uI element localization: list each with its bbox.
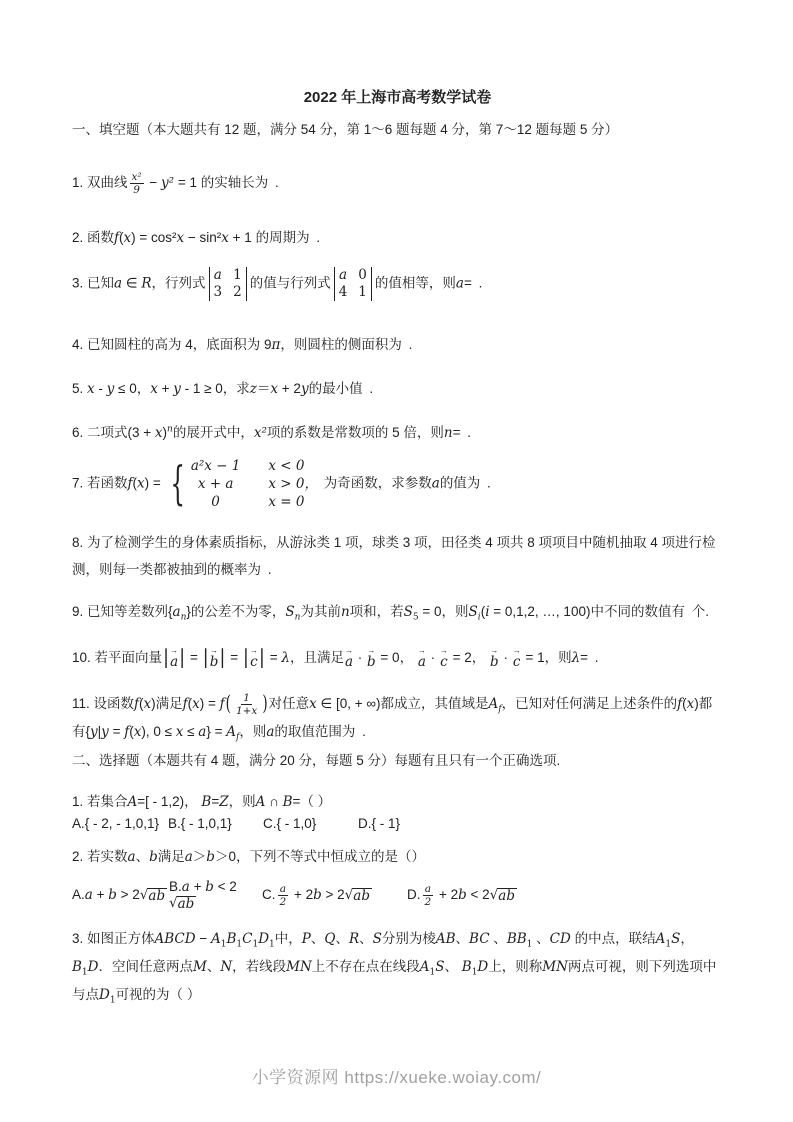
choice-1-option-a: A.{ - 2, - 1,0,1} [72,816,168,831]
section2-header: 二、选择题（本题共有 4 题，满分 20 分，每题 5 分）每题有且只有一个正确… [72,748,723,774]
fill-question-4: 4. 已知圆柱的高为 4，底面积为 9π，则圆柱的侧面积为 . [72,331,723,359]
fill-question-10: 10. 若平面向量|→a| = |→b| = |→c| = λ，且满足→a · … [72,644,723,672]
choice-2-option-c: C.a2 + 2b > 2√ab [262,883,407,908]
choice-2-option-a: A.a + b > 2√ab [72,887,169,905]
choice-question-3: 3. 如图正方体ABCD − A1B1C1D1中，P、Q、R、S分别为棱AB、B… [72,925,723,1009]
fill-question-1: 1. 双曲线x²9 − y² = 1 的实轴长为 . [72,169,723,197]
watermark-footer: 小学资源网 https://xueke.woiay.com/ [0,1063,793,1088]
fill-question-9: 9. 已知等差数列{an}的公差不为零，Sn为其前n项和，若S5 = 0，则Si… [72,598,723,626]
choice-2-option-d: D.a2 + 2b < 2√ab [407,883,517,908]
choice-2-option-b: B.a + b < 2√ab [169,879,262,913]
fill-question-5: 5. x - y ≤ 0，x + y - 1 ≥ 0，求z＝x + 2y的最小值… [72,375,723,403]
choice-1-options: A.{ - 2, - 1,0,1} B.{ - 1,0,1} C.{ - 1,0… [72,816,723,831]
exam-page: 2022 年上海市高考数学试卷 一、填空题（本大题共有 12 题，满分 54 分… [0,0,793,1122]
fill-question-3: 3. 已知a ∈ R，行列式a132的值与行列式a041的值相等，则a= . [72,267,723,301]
choice-1-option-b: B.{ - 1,0,1} [168,816,263,831]
section1-header: 一、填空题（本大题共有 12 题，满分 54 分，第 1～6 题每题 4 分，第… [72,117,723,143]
choice-question-2: 2. 若实数a、b满足a＞b＞0，下列不等式中恒成立的是（） [72,843,723,871]
fill-question-2: 2. 函数f(x) = cos²x − sin²x + 1 的周期为 . [72,224,723,252]
exam-content: 2022 年上海市高考数学试卷 一、填空题（本大题共有 12 题，满分 54 分… [72,88,723,1009]
choice-1-option-d: D.{ - 1} [358,816,400,831]
fill-question-8: 8. 为了检测学生的身体素质指标，从游泳类 1 项，球类 3 项，田径类 4 项… [72,529,723,583]
choice-question-1: 1. 若集合A=[ - 1,2)， B=Z，则A ∩ B=（ ） [72,788,723,816]
fill-question-11: 11. 设函数f(x)满足f(x) = f(11+x)对任意x ∈ [0, + … [72,690,723,746]
page-title: 2022 年上海市高考数学试卷 [72,88,723,108]
fill-question-6: 6. 二项式(3 + x)n的展开式中，x²项的系数是常数项的 5 倍，则n= … [72,419,723,447]
choice-1-option-c: C.{ - 1,0} [263,816,358,831]
choice-2-options: A.a + b > 2√ab B.a + b < 2√ab C.a2 + 2b … [72,879,723,913]
fill-question-7: 7. 若函数f(x) = {a²x − 1x < 0x + ax > 0，0x … [72,457,723,511]
